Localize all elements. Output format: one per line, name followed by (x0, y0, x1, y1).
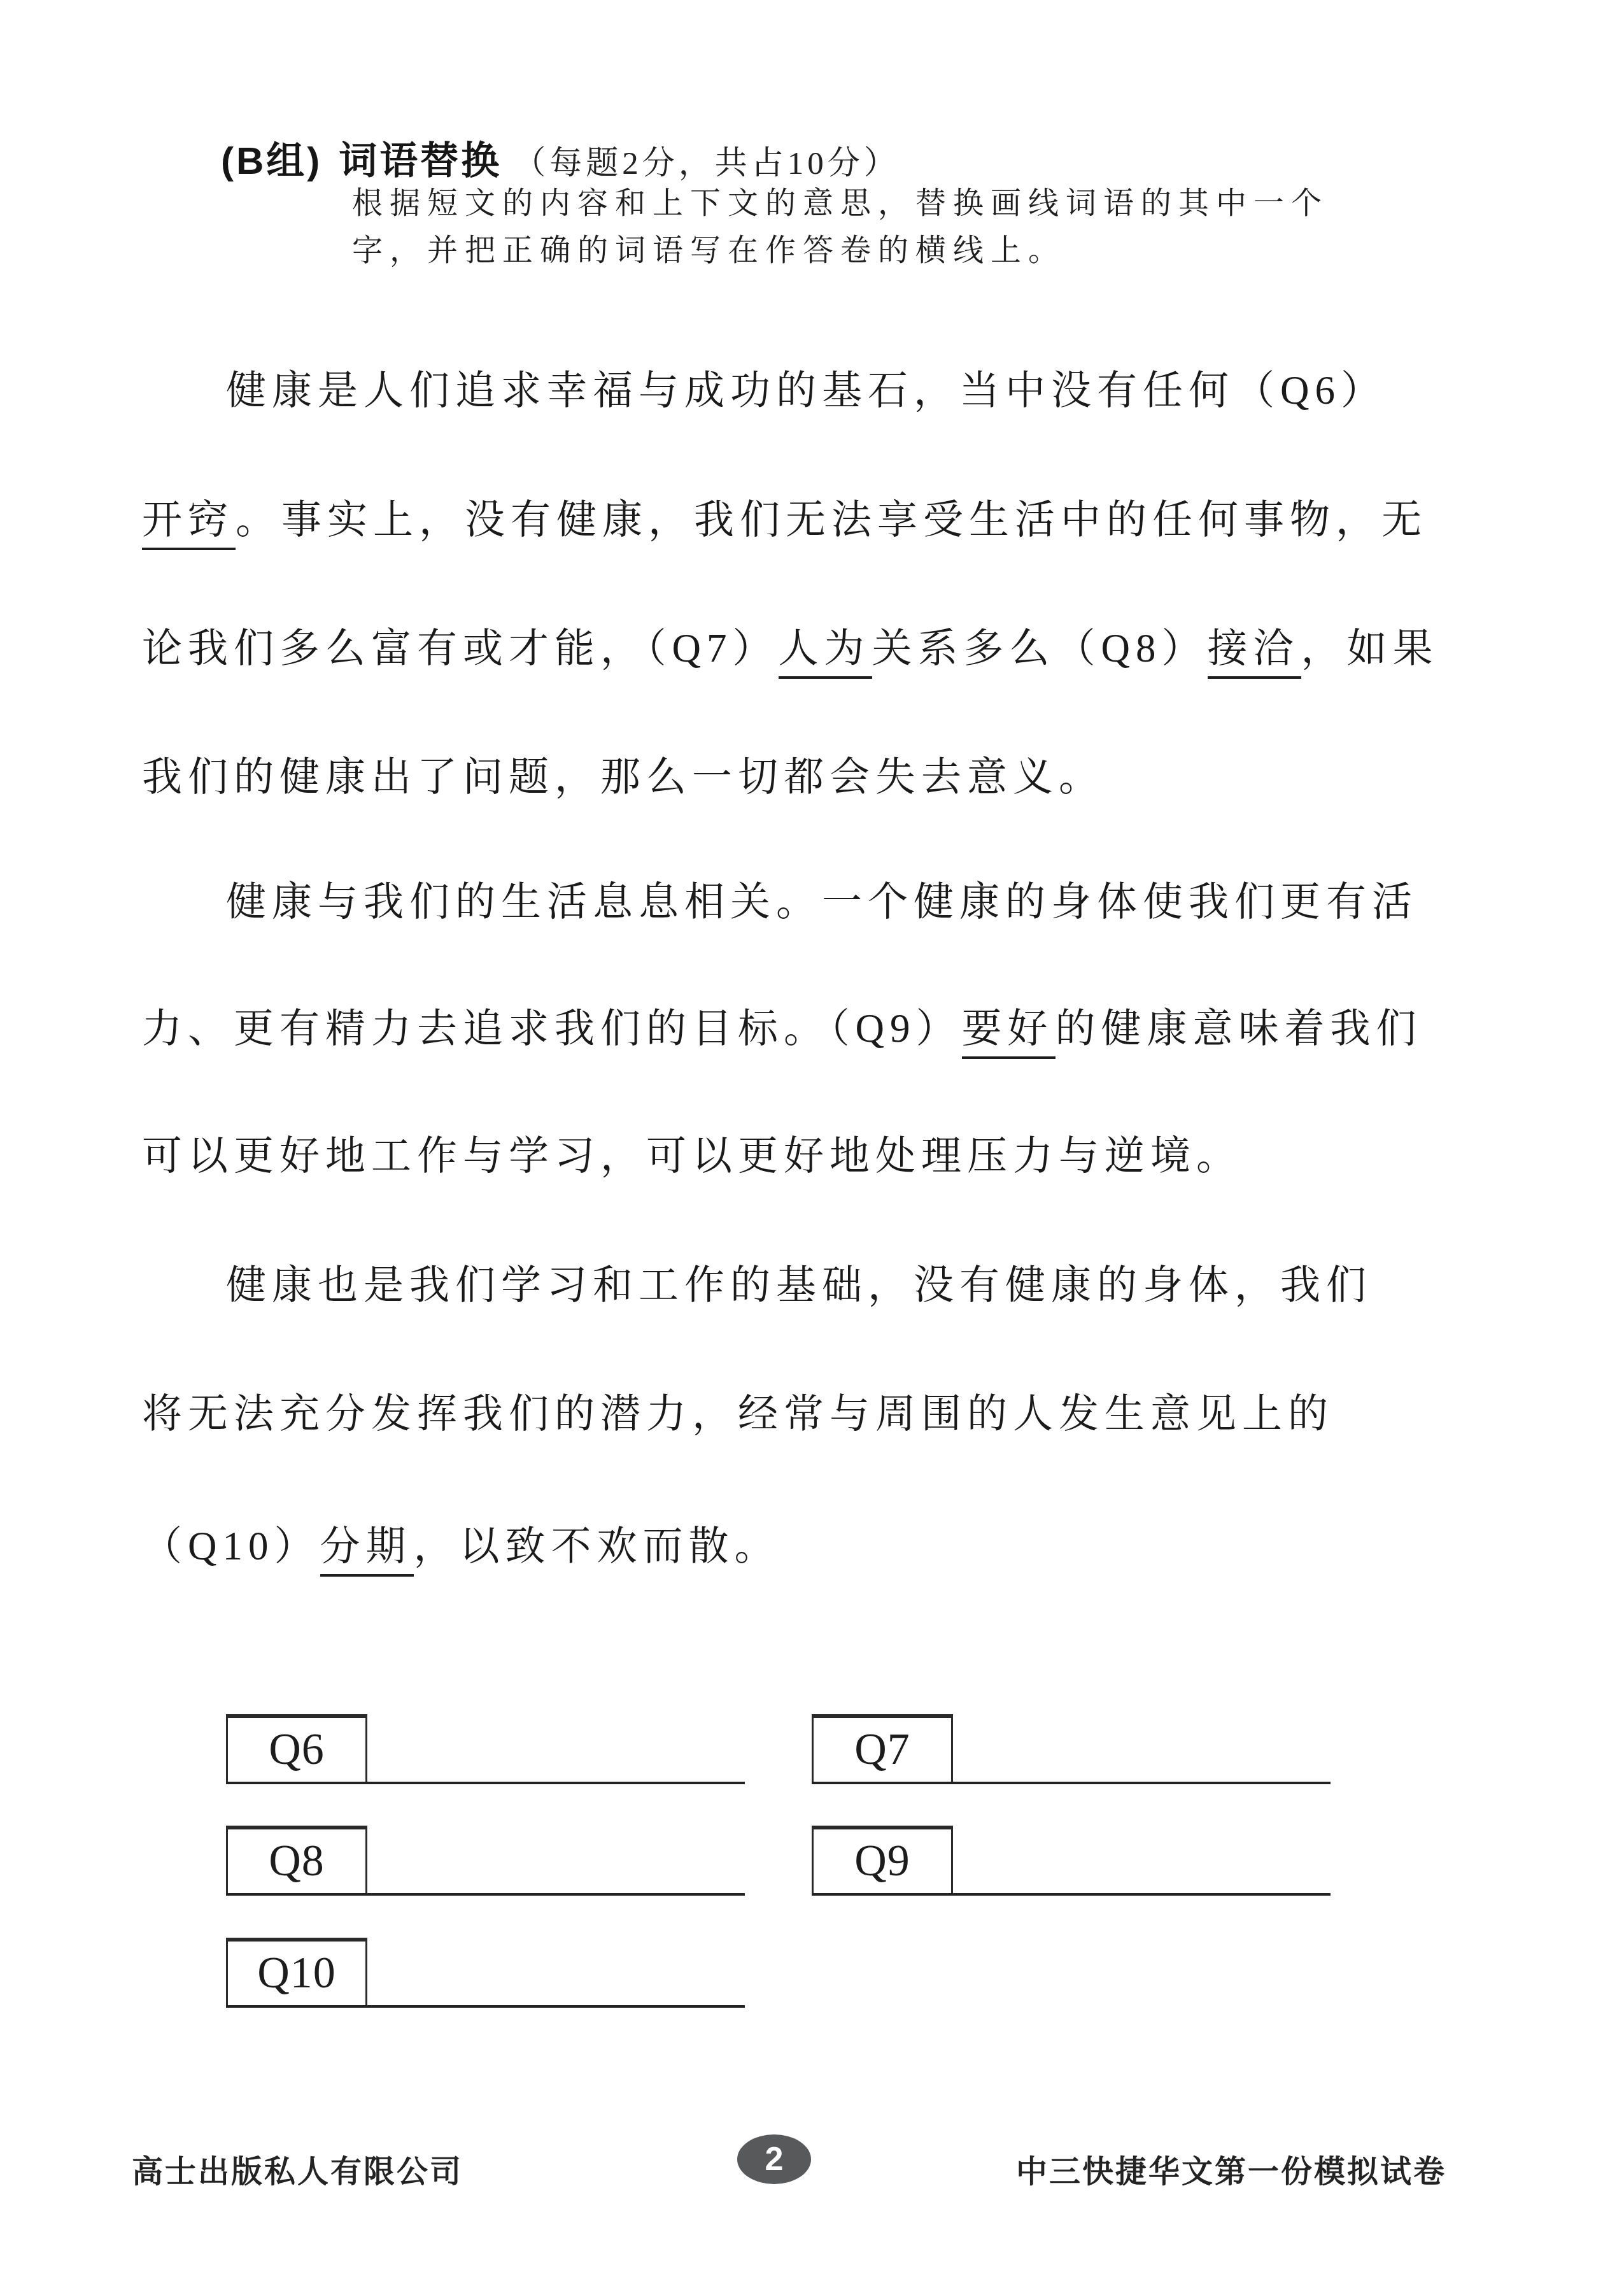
section-header: (B组) 词语替换 （每题2分，共占10分） (221, 131, 900, 185)
passage-line-8: 健康也是我们学习和工作的基础，没有健康的身体，我们 (142, 1261, 1498, 1309)
passage-line-4: 我们的健康出了问题，那么一切都会失去意义。 (142, 753, 1498, 801)
answer-label-box: Q9 (812, 1826, 953, 1893)
passage-line-9: 将无法充分发挥我们的潜力，经常与周围的人发生意见上的 (142, 1389, 1498, 1438)
group-label: (B组) (221, 131, 322, 185)
publisher-name: 高士出版私人有限公司 (132, 2147, 463, 2192)
underlined-word: 人为 (779, 626, 872, 679)
instructions: 根据短文的内容和上下文的意思，替换画线词语的其中一个 字，并把正确的词语写在作答… (352, 180, 1329, 274)
answer-blank-line (367, 1938, 745, 2005)
answer-label: Q8 (269, 1836, 325, 1887)
answer-label-box: Q7 (812, 1714, 953, 1782)
passage-line-7: 可以更好地工作与学习，可以更好地处理压力与逆境。 (142, 1132, 1498, 1180)
exam-title: 中三快捷华文第一份模拟试卷 (1016, 2147, 1446, 2192)
passage-text: （Q10） (142, 1524, 320, 1568)
passage-text: 。事实上，没有健康，我们无法享受生活中的任何事物，无 (236, 497, 1427, 542)
passage-text: 健康是人们追求幸福与成功的基石，当中没有任何（Q6） (226, 368, 1387, 413)
page-number: 2 (765, 2140, 784, 2178)
passage-text: 可以更好地工作与学习，可以更好地处理压力与逆境。 (142, 1133, 1242, 1178)
marks-note: （每题2分，共占10分） (513, 136, 900, 183)
answer-row-q8: Q8 (226, 1826, 745, 1896)
passage-text: 健康与我们的生活息息相关。一个健康的身体使我们更有活 (226, 879, 1418, 924)
passage-text: 的健康意味着我们 (1056, 1006, 1422, 1051)
answer-label: Q9 (854, 1836, 910, 1887)
answer-row-q7: Q7 (812, 1714, 1331, 1784)
answer-row-q10: Q10 (226, 1938, 745, 2008)
instruction-line-1: 根据短文的内容和上下文的意思，替换画线词语的其中一个 (352, 180, 1329, 227)
passage-text: 关系多么（Q8） (872, 626, 1208, 671)
answer-label: Q7 (854, 1724, 910, 1775)
answer-blank-line (953, 1826, 1331, 1893)
section-title: 词语替换 (339, 131, 502, 185)
passage-text: 力、更有精力去追求我们的目标。（Q9） (142, 1006, 962, 1051)
exam-page: (B组) 词语替换 （每题2分，共占10分） 根据短文的内容和上下文的意思，替换… (0, 0, 1624, 2279)
passage-text: 我们的健康出了问题，那么一切都会失去意义。 (142, 755, 1105, 799)
underlined-word: 要好 (962, 1006, 1056, 1059)
answer-label: Q6 (269, 1724, 325, 1775)
passage-text: ，如果 (1301, 626, 1439, 671)
answer-label-box: Q6 (226, 1714, 367, 1782)
answer-row-q9: Q9 (812, 1826, 1331, 1896)
passage-text: ，以致不欢而散。 (414, 1524, 780, 1568)
passage-line-5: 健康与我们的生活息息相关。一个健康的身体使我们更有活 (142, 877, 1498, 926)
passage-text: 将无法充分发挥我们的潜力，经常与周围的人发生意见上的 (142, 1391, 1334, 1436)
passage-line-1: 健康是人们追求幸福与成功的基石，当中没有任何（Q6） (142, 366, 1498, 415)
underlined-word: 接洽 (1208, 626, 1301, 679)
passage-line-2: 开窍。事实上，没有健康，我们无法享受生活中的任何事物，无 (142, 495, 1498, 544)
page-number-badge: 2 (737, 2134, 811, 2184)
passage-line-10: （Q10）分期，以致不欢而散。 (142, 1522, 1498, 1570)
underlined-word: 分期 (320, 1524, 414, 1577)
answer-label: Q10 (257, 1948, 336, 1999)
answer-label-box: Q10 (226, 1938, 367, 2005)
instruction-line-2: 字，并把正确的词语写在作答卷的横线上。 (352, 227, 1329, 274)
answer-blank-line (367, 1826, 745, 1893)
passage-text: 论我们多么富有或才能，（Q7） (142, 626, 779, 671)
passage-line-6: 力、更有精力去追求我们的目标。（Q9）要好的健康意味着我们 (142, 1004, 1498, 1053)
passage-text: 健康也是我们学习和工作的基础，没有健康的身体，我们 (226, 1263, 1372, 1307)
answer-label-box: Q8 (226, 1826, 367, 1893)
answer-row-q6: Q6 (226, 1714, 745, 1784)
answer-blank-line (367, 1714, 745, 1782)
underlined-word: 开窍 (142, 497, 236, 550)
answer-blank-line (953, 1714, 1331, 1782)
passage-line-3: 论我们多么富有或才能，（Q7）人为关系多么（Q8）接洽，如果 (142, 624, 1498, 672)
